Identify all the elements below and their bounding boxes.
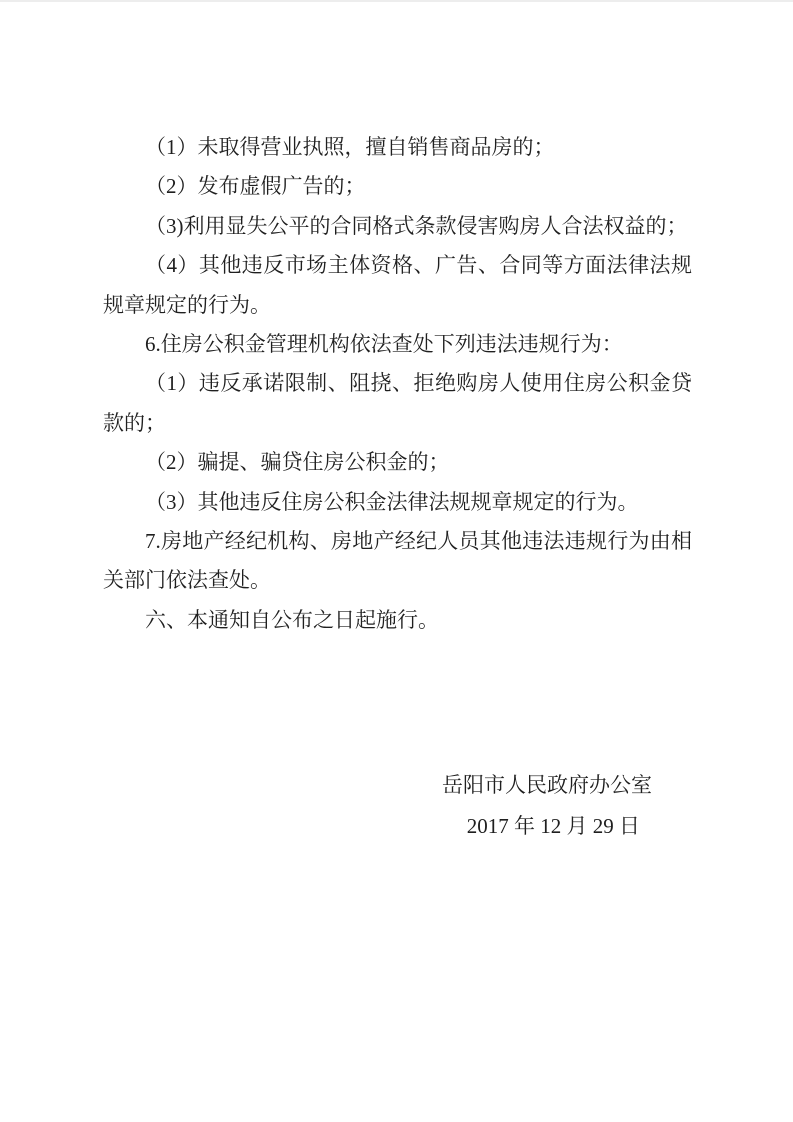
paragraph: 6.住房公积金管理机构依法查处下列违法违规行为： — [103, 325, 692, 364]
paragraph: （2）骗提、骗贷住房公积金的； — [103, 443, 692, 482]
document-page: （1）未取得营业执照，擅自销售商品房的；（2）发布虚假广告的；（3)利用显失公平… — [0, 0, 793, 1122]
paragraph: （1）违反承诺限制、阻挠、拒绝购房人使用住房公积金贷款的； — [103, 364, 692, 443]
paragraph: 六、本通知自公布之日起施行。 — [103, 601, 692, 640]
paragraph: （3）其他违反住房公积金法律法规规章规定的行为。 — [103, 483, 692, 522]
document-body: （1）未取得营业执照，擅自销售商品房的；（2）发布虚假广告的；（3)利用显失公平… — [103, 128, 692, 640]
paragraph: （1）未取得营业执照，擅自销售商品房的； — [103, 128, 692, 167]
signature-issuer: 岳阳市人民政府办公室 — [442, 773, 652, 797]
page-top-edge — [0, 0, 793, 2]
paragraph: 7.房地产经纪机构、房地产经纪人员其他违法违规行为由相关部门依法查处。 — [103, 522, 692, 601]
signature-date: 2017 年 12 月 29 日 — [467, 814, 640, 838]
paragraph: （3)利用显失公平的合同格式条款侵害购房人合法权益的； — [103, 207, 692, 246]
signature-block: 岳阳市人民政府办公室 2017 年 12 月 29 日 — [103, 765, 692, 847]
paragraph: （4）其他违反市场主体资格、广告、合同等方面法律法规规章规定的行为。 — [103, 246, 692, 325]
paragraph: （2）发布虚假广告的； — [103, 167, 692, 206]
